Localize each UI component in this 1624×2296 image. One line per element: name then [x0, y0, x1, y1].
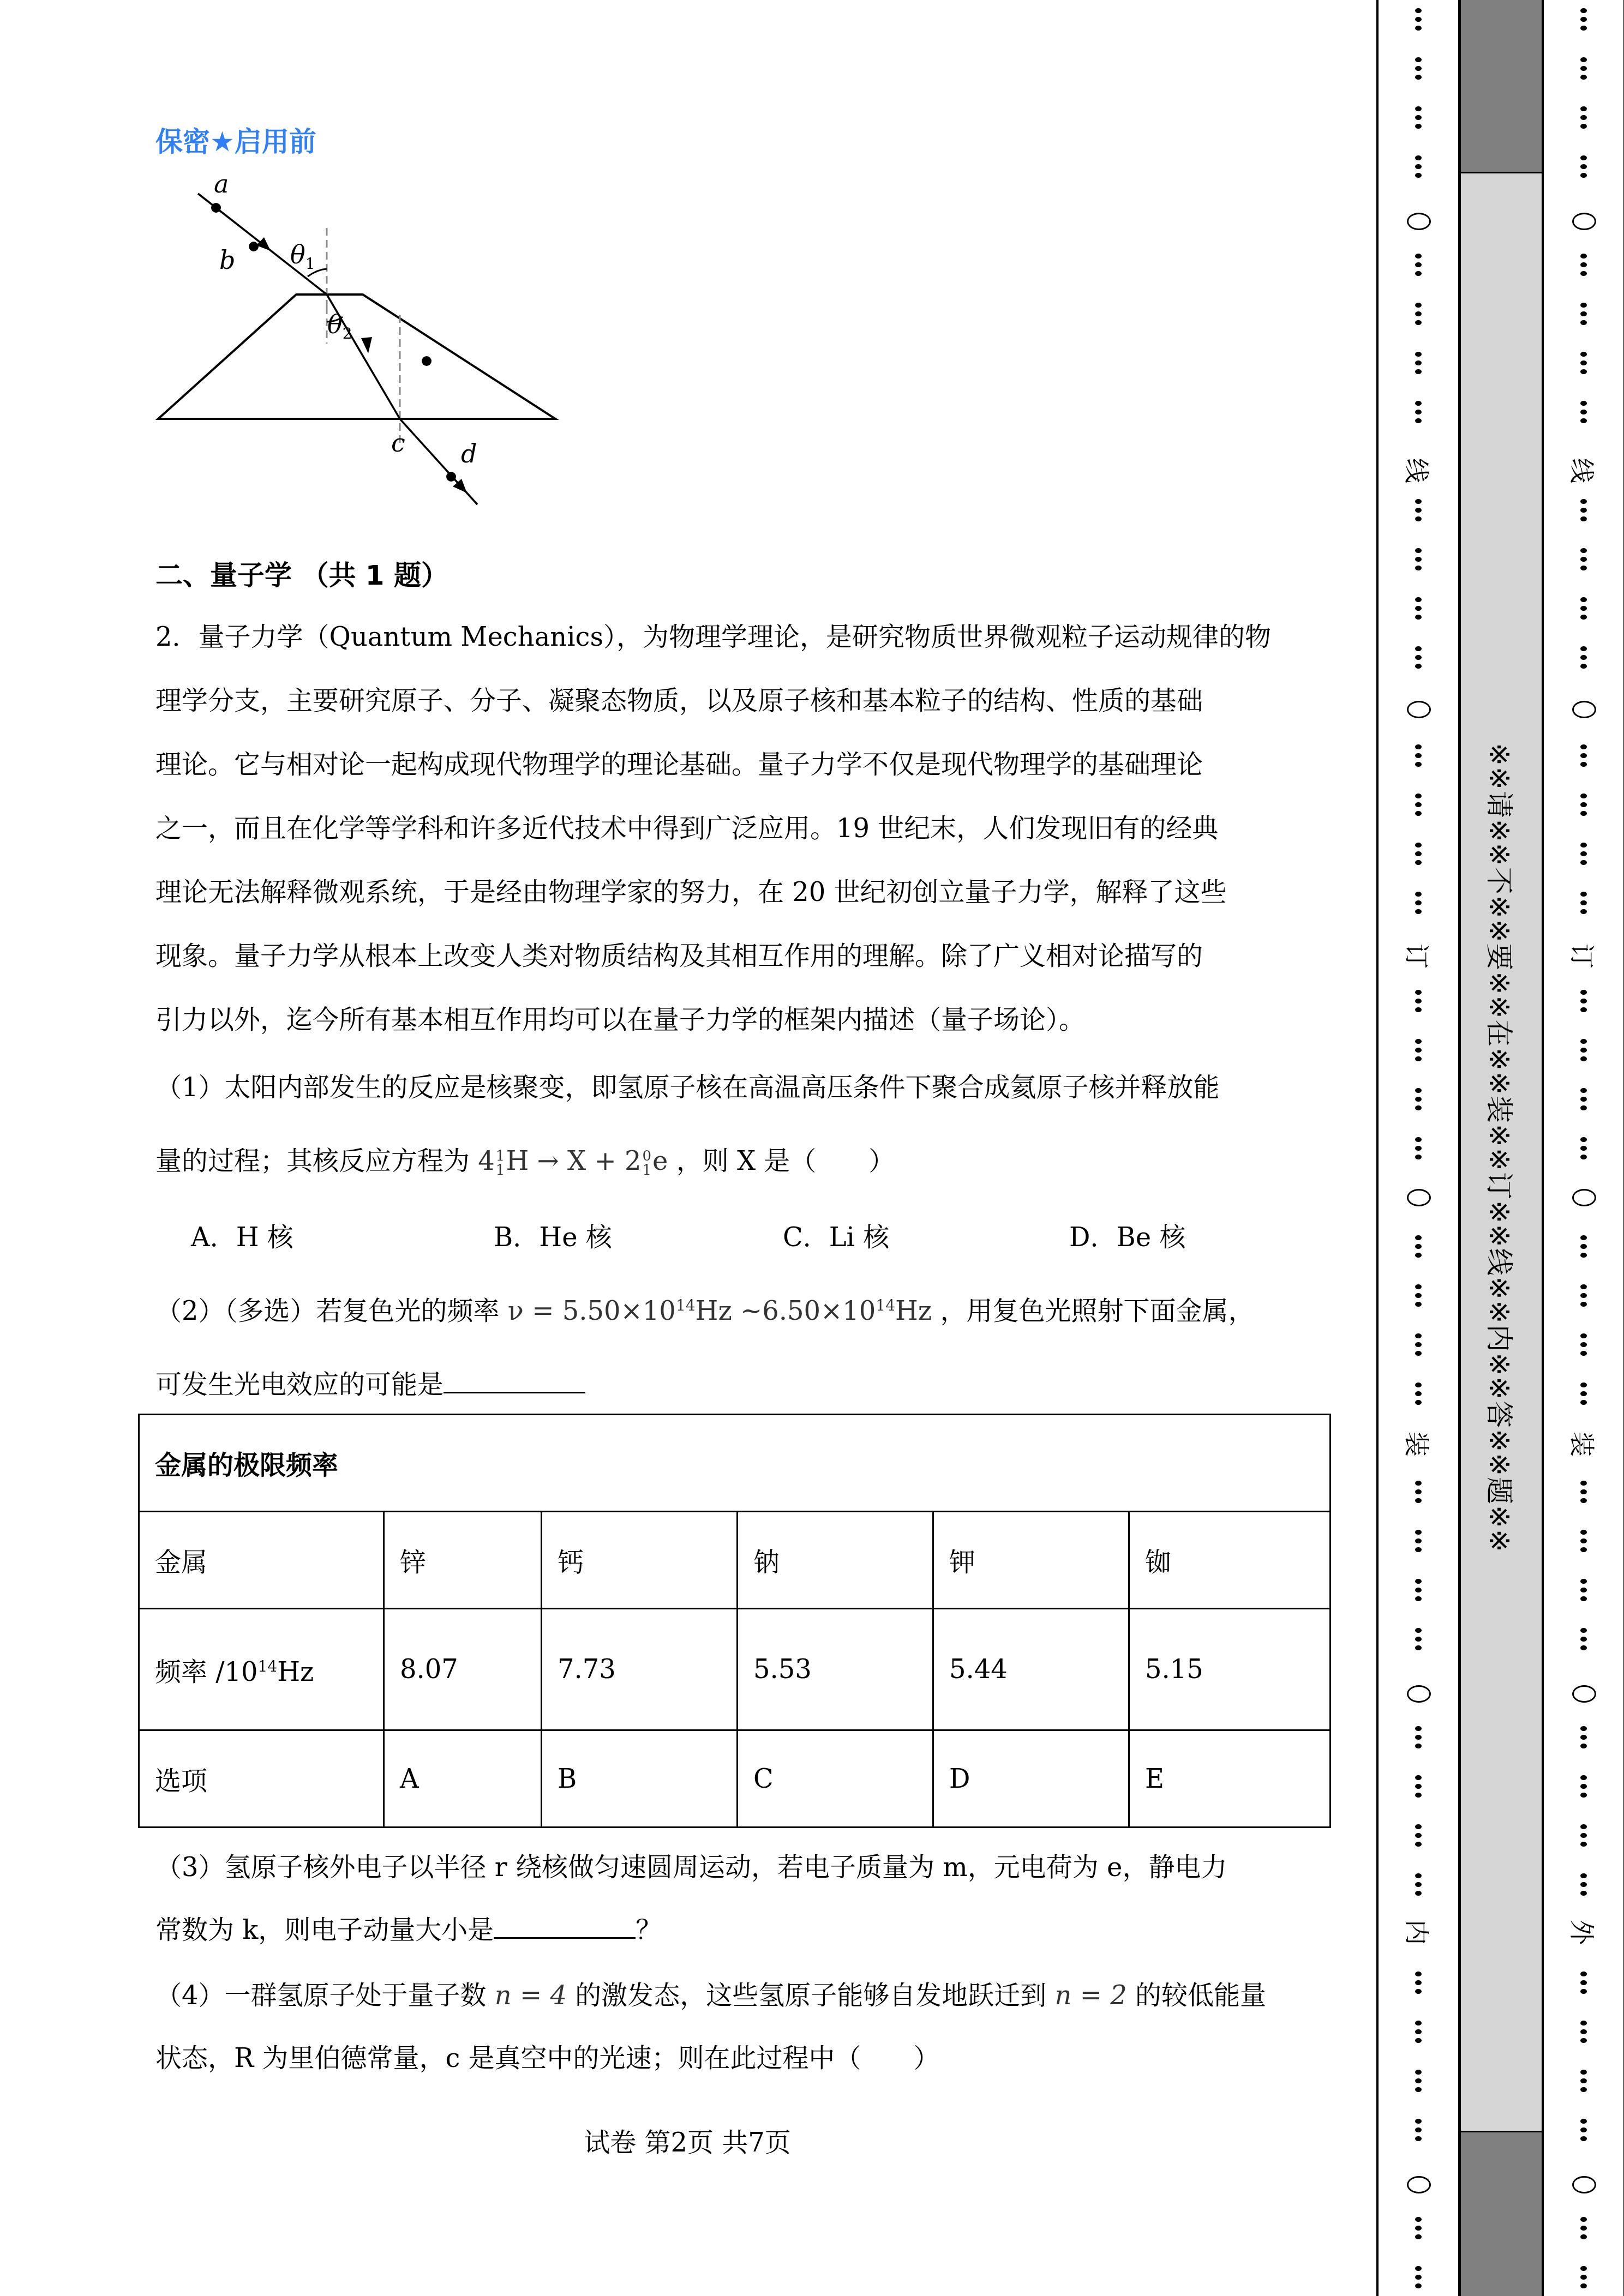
- dotted-separator: [1379, 1284, 1458, 1307]
- margin-label: 内: [1400, 1892, 1436, 1972]
- dotted-separator: [1544, 1137, 1623, 1159]
- intro-line: 理论。它与相对论一起构成现代物理学的理论基础。量子力学不仅是现代物理学的基础理论: [155, 733, 1317, 797]
- dotted-separator: [1544, 646, 1623, 669]
- binding-hole-icon: [1572, 1189, 1596, 1206]
- q4-line1: （4）一群氢原子处于量子数 n = 4 的激发态，这些氢原子能够自发地跃迁到 n…: [155, 1974, 1266, 2012]
- dotted-separator: [1379, 254, 1458, 276]
- page-footer: 试卷 第2页 共7页: [0, 2121, 1375, 2159]
- dotted-separator: [1379, 1235, 1458, 1258]
- dotted-separator: [1379, 646, 1458, 669]
- option-b[interactable]: B．He 核: [494, 1216, 612, 1254]
- dotted-separator: [1379, 2217, 1458, 2239]
- dotted-separator: [1379, 1775, 1458, 1798]
- dotted-separator: [1544, 892, 1623, 914]
- dotted-separator: [1544, 794, 1623, 816]
- dotted-separator: [1379, 57, 1458, 80]
- dotted-separator: [1379, 744, 1458, 767]
- intro-line: 现象。量子力学从根本上改变人类对物质结构及其相互作用的理解。除了广义相对论描写的: [155, 924, 1317, 988]
- dotted-separator: [1379, 1088, 1458, 1110]
- dotted-separator: [1379, 1530, 1458, 1552]
- dotted-separator: [1544, 303, 1623, 325]
- dotted-separator: [1544, 106, 1623, 129]
- dotted-separator: [1379, 352, 1458, 374]
- dotted-separator: [1544, 1530, 1623, 1552]
- dotted-separator: [1544, 1284, 1623, 1307]
- dotted-separator: [1379, 843, 1458, 865]
- dotted-separator: [1379, 1481, 1458, 1503]
- nuclear-equation: 411H → X + 201e: [478, 1146, 676, 1176]
- dotted-separator: [1544, 548, 1623, 570]
- q3-line2: 常数为 k，则电子动量大小是？: [155, 1909, 662, 1946]
- dotted-separator: [1544, 2070, 1623, 2092]
- table-row: 金属 锌 钙 钠 钾 铷: [139, 1512, 1331, 1609]
- dotted-separator: [1544, 8, 1623, 31]
- dotted-separator: [1544, 990, 1623, 1012]
- dotted-separator: [1379, 1726, 1458, 1748]
- margin-label: 外: [1566, 1892, 1602, 1972]
- dotted-separator: [1379, 1039, 1458, 1061]
- dotted-separator: [1379, 1972, 1458, 1994]
- dotted-separator: [1379, 1383, 1458, 1405]
- dotted-separator: [1379, 1333, 1458, 1356]
- option-d[interactable]: D．Be 核: [1069, 1216, 1185, 1254]
- binding-margin-inner: 线 订 装 内: [1376, 0, 1460, 2296]
- dotted-separator: [1379, 2266, 1458, 2288]
- table-caption: 金属的极限频率: [139, 1415, 1331, 1512]
- section-title: 二、量子学 （共 1 题）: [155, 554, 448, 593]
- dotted-separator: [1544, 1824, 1623, 1847]
- dotted-separator: [1544, 1039, 1623, 1061]
- dotted-separator: [1544, 744, 1623, 767]
- dotted-separator: [1379, 1579, 1458, 1601]
- point-label-c: c: [391, 428, 405, 458]
- dotted-separator: [1379, 155, 1458, 178]
- dotted-separator: [1544, 1383, 1623, 1405]
- confidential-label: 保密★启用前: [155, 120, 316, 159]
- strip-band-top: [1461, 0, 1542, 173]
- dotted-separator: [1544, 1775, 1623, 1798]
- dotted-separator: [1544, 1333, 1623, 1356]
- dotted-separator: [1544, 1579, 1623, 1601]
- margin-label: 订: [1566, 916, 1602, 996]
- binding-hole-icon: [1407, 1685, 1431, 1703]
- dotted-separator: [1379, 2021, 1458, 2043]
- dotted-separator: [1379, 548, 1458, 570]
- dotted-separator: [1379, 794, 1458, 816]
- q1-line2: 量的过程；其核反应方程为 411H → X + 201e ，则 X 是（ ）: [155, 1140, 895, 1177]
- refraction-diagram: a b θ1 θ2 c d: [147, 164, 573, 524]
- dotted-separator: [1544, 499, 1623, 521]
- intro-line: 之一，而且在化学等学科和许多近代技术中得到广泛应用。19 世纪末，人们发现旧有的…: [155, 797, 1317, 861]
- binding-margin-outer: 线 订 装 外: [1542, 0, 1624, 2296]
- intro-line: 引力以外，迄今所有基本相互作用均可以在量子力学的框架内描述（量子场论）。: [155, 988, 1317, 1052]
- point-label-a: a: [214, 169, 229, 199]
- dotted-separator: [1544, 2021, 1623, 2043]
- dotted-separator: [1544, 1726, 1623, 1748]
- exam-page: 保密★启用前 a: [0, 0, 1375, 2296]
- dotted-separator: [1544, 2217, 1623, 2239]
- intro-line: 理论无法解释微观系统，于是经由物理学家的努力，在 20 世纪初创立量子力学，解释…: [155, 861, 1317, 924]
- dotted-separator: [1544, 401, 1623, 423]
- dotted-separator: [1544, 57, 1623, 80]
- binding-hole-icon: [1407, 1189, 1431, 1206]
- dotted-separator: [1544, 1873, 1623, 1896]
- option-a[interactable]: A．H 核: [191, 1216, 293, 1254]
- angle-label-theta1: θ1: [290, 240, 315, 273]
- point-label-d: d: [461, 439, 477, 468]
- dotted-separator: [1544, 254, 1623, 276]
- dotted-separator: [1379, 1628, 1458, 1650]
- q4-line2: 状态，R 为里伯德常量，c 是真空中的光速；则在此过程中（ ）: [155, 2037, 940, 2075]
- binding-notice-strip: ※※请※※不※※要※※在※※装※※订※※线※※内※※答※※题※※: [1459, 0, 1543, 2296]
- margin-label: 订: [1400, 916, 1436, 996]
- binding-hole-icon: [1572, 2176, 1596, 2193]
- q3-line1: （3）氢原子核外电子以半径 r 绕核做匀速圆周运动，若电子质量为 m，元电荷为 …: [155, 1846, 1227, 1884]
- dotted-separator: [1544, 2266, 1623, 2288]
- dotted-separator: [1544, 2119, 1623, 2141]
- binding-hole-icon: [1572, 213, 1596, 230]
- dotted-separator: [1544, 1088, 1623, 1110]
- binding-notice: ※※请※※不※※要※※在※※装※※订※※线※※内※※答※※题※※: [1482, 743, 1521, 1553]
- table-row: 频率 /1014Hz 8.07 7.73 5.53 5.44 5.15: [139, 1609, 1331, 1730]
- dotted-separator: [1379, 2070, 1458, 2092]
- dotted-separator: [1544, 1481, 1623, 1503]
- dotted-separator: [1544, 1235, 1623, 1258]
- dotted-separator: [1379, 1137, 1458, 1159]
- dotted-separator: [1544, 1628, 1623, 1650]
- binding-hole-icon: [1407, 213, 1431, 230]
- table-row: 选项 A B C D E: [139, 1730, 1331, 1828]
- binding-hole-icon: [1407, 2176, 1431, 2193]
- binding-hole-icon: [1572, 701, 1596, 718]
- point-label-b: b: [219, 245, 235, 275]
- answer-blank[interactable]: [494, 1915, 636, 1939]
- margin-label: 装: [1400, 1404, 1436, 1484]
- dotted-separator: [1379, 1824, 1458, 1847]
- binding-hole-icon: [1572, 1685, 1596, 1703]
- dotted-separator: [1379, 2119, 1458, 2141]
- dotted-separator: [1379, 499, 1458, 521]
- q2-line1: （2）（多选）若复色光的频率 ν = 5.50×1014Hz ~6.50×101…: [155, 1290, 1254, 1327]
- question-intro: 2．量子力学（Quantum Mechanics），为物理学理论，是研究物质世界…: [155, 605, 1317, 1052]
- dotted-separator: [1379, 990, 1458, 1012]
- dotted-separator: [1379, 892, 1458, 914]
- dotted-separator: [1544, 155, 1623, 178]
- dotted-separator: [1379, 8, 1458, 31]
- intro-line: 理学分支，主要研究原子、分子、凝聚态物质，以及原子核和基本粒子的结构、性质的基础: [155, 669, 1317, 733]
- metal-threshold-table: 金属的极限频率 金属 锌 钙 钠 钾 铷 频率 /1014Hz 8.07 7.7…: [138, 1414, 1331, 1828]
- dotted-separator: [1544, 597, 1623, 620]
- dotted-separator: [1379, 106, 1458, 129]
- angle-label-theta2: θ2: [327, 310, 352, 342]
- dotted-separator: [1544, 843, 1623, 865]
- strip-band-bottom: [1461, 2131, 1542, 2296]
- margin-label: 装: [1566, 1404, 1602, 1484]
- frequency-range: ν = 5.50×1014Hz ~6.50×1014Hz: [508, 1296, 932, 1326]
- option-c[interactable]: C．Li 核: [783, 1216, 889, 1254]
- dotted-separator: [1379, 597, 1458, 620]
- binding-hole-icon: [1407, 701, 1431, 718]
- q1-line1: （1）太阳内部发生的反应是核聚变，即氢原子核在高温高压条件下聚合成氦原子核并释放…: [155, 1066, 1220, 1104]
- dotted-separator: [1379, 303, 1458, 325]
- answer-blank[interactable]: [444, 1370, 585, 1393]
- q2-line2: 可发生光电效应的可能是: [155, 1363, 585, 1401]
- dotted-separator: [1544, 352, 1623, 374]
- dotted-separator: [1379, 1873, 1458, 1896]
- dotted-separator: [1544, 1972, 1623, 1994]
- dotted-separator: [1379, 401, 1458, 423]
- intro-line: 2．量子力学（Quantum Mechanics），为物理学理论，是研究物质世界…: [155, 605, 1317, 669]
